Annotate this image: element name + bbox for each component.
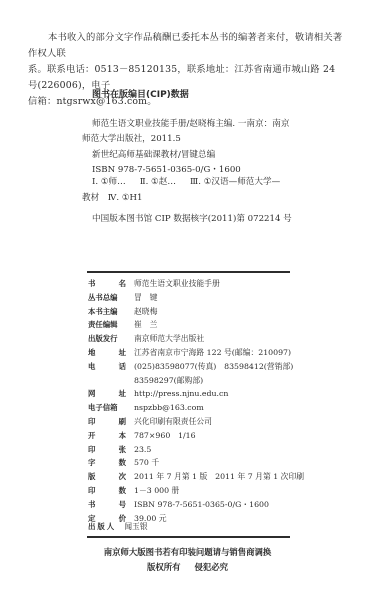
divider-bottom <box>87 536 290 538</box>
info-label-part: 本书主编 <box>88 305 118 319</box>
info-value: 2011 年 7 月第 1 版 2011 年 7 月第 1 次印刷 <box>134 470 304 484</box>
info-label-part: 本 <box>119 429 126 443</box>
info-label-part: 出版发行 <box>88 332 118 346</box>
info-row: 丛书总编冒 键 <box>88 291 304 305</box>
info-label-part: 名 <box>119 277 126 291</box>
info-row: 书号ISBN 978-7-5651-0365-0/G・1600 <box>88 498 304 512</box>
info-label: 印数 <box>88 484 134 498</box>
info-value: http://press.njnu.edu.cn <box>134 387 228 401</box>
info-value: 570 千 <box>134 456 159 470</box>
info-value: 83598297(邮购部) <box>88 374 203 388</box>
info-label-part: 电 <box>88 360 95 374</box>
info-label-part: 地 <box>88 346 95 360</box>
info-label: 丛书总编 <box>88 291 134 305</box>
info-label: 地址 <box>88 346 134 360</box>
class-part: Ⅰ. ①师… <box>92 177 126 187</box>
info-label: 字数 <box>88 456 134 470</box>
footer-line-1: 南京师大版图书若有印装问题请与销售商调换 <box>0 545 375 560</box>
class-part: Ⅲ. ①汉语—师范大学— <box>190 177 280 187</box>
info-row: 开本787×960 1/16 <box>88 429 304 443</box>
info-label-part: 电子信箱 <box>88 401 118 415</box>
cip-classification: Ⅰ. ①师…Ⅱ. ①赵…Ⅲ. ①汉语—师范大学— 教材 Ⅳ. ①H1 <box>82 175 280 206</box>
piracy-text: 侵犯必究 <box>195 562 229 572</box>
info-row: 地址江苏省南京市宁海路 122 号(邮编：210097) <box>88 346 304 360</box>
info-value: 787×960 1/16 <box>134 429 196 443</box>
info-row: 83598297(邮购部) <box>88 374 304 388</box>
info-label-part: 印 <box>88 415 95 429</box>
info-label: 出版发行 <box>88 332 134 346</box>
info-label-part: 书 <box>88 498 95 512</box>
cip-title: 图书在版编目(CIP)数据 <box>92 87 189 100</box>
info-row: 电话(025)83598077(传真) 83598412(营销部) <box>88 360 304 374</box>
info-row: 书名师范生语文职业技能手册 <box>88 277 304 291</box>
info-value: 赵晓梅 <box>134 305 157 319</box>
info-row: 出版发行南京师范大学出版社 <box>88 332 304 346</box>
info-label-part: 话 <box>119 360 126 374</box>
info-value: 师范生语文职业技能手册 <box>134 277 220 291</box>
info-label-part: 印 <box>88 443 95 457</box>
publisher-name: 闻玉银 <box>124 521 147 532</box>
info-value: 23.5 <box>134 443 151 457</box>
info-row: 印刷兴化印刷有限责任公司 <box>88 415 304 429</box>
info-label-part: 数 <box>119 484 126 498</box>
info-value: (025)83598077(传真) 83598412(营销部) <box>134 360 293 374</box>
info-label-part: 址 <box>119 346 126 360</box>
notice-text: 本书收入的部分文字作品稿酬已委托本丛书的编著者来付，敬请相关著作权人联 <box>28 32 342 59</box>
info-label: 印张 <box>88 443 134 457</box>
class-part: Ⅱ. ①赵… <box>140 177 176 187</box>
info-label: 电话 <box>88 360 134 374</box>
info-label-part: 开 <box>88 429 95 443</box>
cip-body: 师范生语文职业技能手册/赵晓梅主编. 一南京：南京 师范大学出版社，2011.5… <box>82 117 322 178</box>
info-label-part: 版 <box>88 470 95 484</box>
footer-line-2: 版权所有侵犯必究 <box>0 560 375 575</box>
info-value: 南京师范大学出版社 <box>134 332 204 346</box>
info-value: ISBN 978-7-5651-0365-0/G・1600 <box>134 498 269 512</box>
info-row: 版次2011 年 7 月第 1 版 2011 年 7 月第 1 次印刷 <box>88 470 304 484</box>
info-row: 字数570 千 <box>88 456 304 470</box>
info-label-part: 责任编辑 <box>88 318 118 332</box>
info-label: 电子信箱 <box>88 401 134 415</box>
info-row: 本书主编赵晓梅 <box>88 305 304 319</box>
info-label: 印刷 <box>88 415 134 429</box>
info-label-part: 数 <box>119 456 126 470</box>
info-row: 网址http://press.njnu.edu.cn <box>88 387 304 401</box>
info-label-part: 字 <box>88 456 95 470</box>
info-label-part: 刷 <box>119 415 126 429</box>
info-value: nspzbb@163.com <box>134 401 204 415</box>
divider-top <box>87 271 290 273</box>
info-value: 崔 兰 <box>134 318 157 332</box>
rights-text: 版权所有 <box>147 562 181 572</box>
info-label: 书号 <box>88 498 134 512</box>
footer: 南京师大版图书若有印装问题请与销售商调换 版权所有侵犯必究 <box>0 545 375 575</box>
cip-line: 新世纪高师基础课教材/冒键总编 <box>82 148 322 163</box>
info-label: 版次 <box>88 470 134 484</box>
info-value: 江苏省南京市宁海路 122 号(邮编：210097) <box>134 346 291 360</box>
cip-line: 师范大学出版社，2011.5 <box>82 132 322 147</box>
info-row: 电子信箱nspzbb@163.com <box>88 401 304 415</box>
classification-line-1: Ⅰ. ①师…Ⅱ. ①赵…Ⅲ. ①汉语—师范大学— <box>82 175 280 191</box>
notice-line-1: 本书收入的部分文字作品稿酬已委托本丛书的编著者来付，敬请相关著作权人联 <box>28 30 346 62</box>
info-row: 责任编辑崔 兰 <box>88 318 304 332</box>
info-label-part: 网 <box>88 387 95 401</box>
cip-line: 师范生语文职业技能手册/赵晓梅主编. 一南京：南京 <box>82 117 322 132</box>
cip-record-number: 中国版本图书馆 CIP 数据核字(2011)第 072214 号 <box>92 212 292 224</box>
info-value: 1－3 000 册 <box>134 484 179 498</box>
book-info-table: 书名师范生语文职业技能手册丛书总编冒 键本书主编赵晓梅责任编辑崔 兰出版发行南京… <box>88 277 304 525</box>
info-label-part: 书 <box>88 277 95 291</box>
info-label-part: 印 <box>88 484 95 498</box>
info-label: 书名 <box>88 277 134 291</box>
info-label-part: 址 <box>119 387 126 401</box>
info-row: 印张23.5 <box>88 443 304 457</box>
info-label-part: 次 <box>119 470 126 484</box>
info-label: 网址 <box>88 387 134 401</box>
info-value: 兴化印刷有限责任公司 <box>134 415 212 429</box>
info-label: 责任编辑 <box>88 318 134 332</box>
info-label: 本书主编 <box>88 305 134 319</box>
publisher-label: 出版人 <box>88 521 116 532</box>
publisher-row: 出版人 闻玉银 <box>88 521 148 532</box>
info-row: 印数1－3 000 册 <box>88 484 304 498</box>
info-label-part: 张 <box>119 443 126 457</box>
info-label-part: 丛书总编 <box>88 291 118 305</box>
classification-line-2: 教材 Ⅳ. ①H1 <box>82 191 280 207</box>
info-label: 开本 <box>88 429 134 443</box>
info-value: 冒 键 <box>134 291 157 305</box>
info-label-part: 号 <box>119 498 126 512</box>
